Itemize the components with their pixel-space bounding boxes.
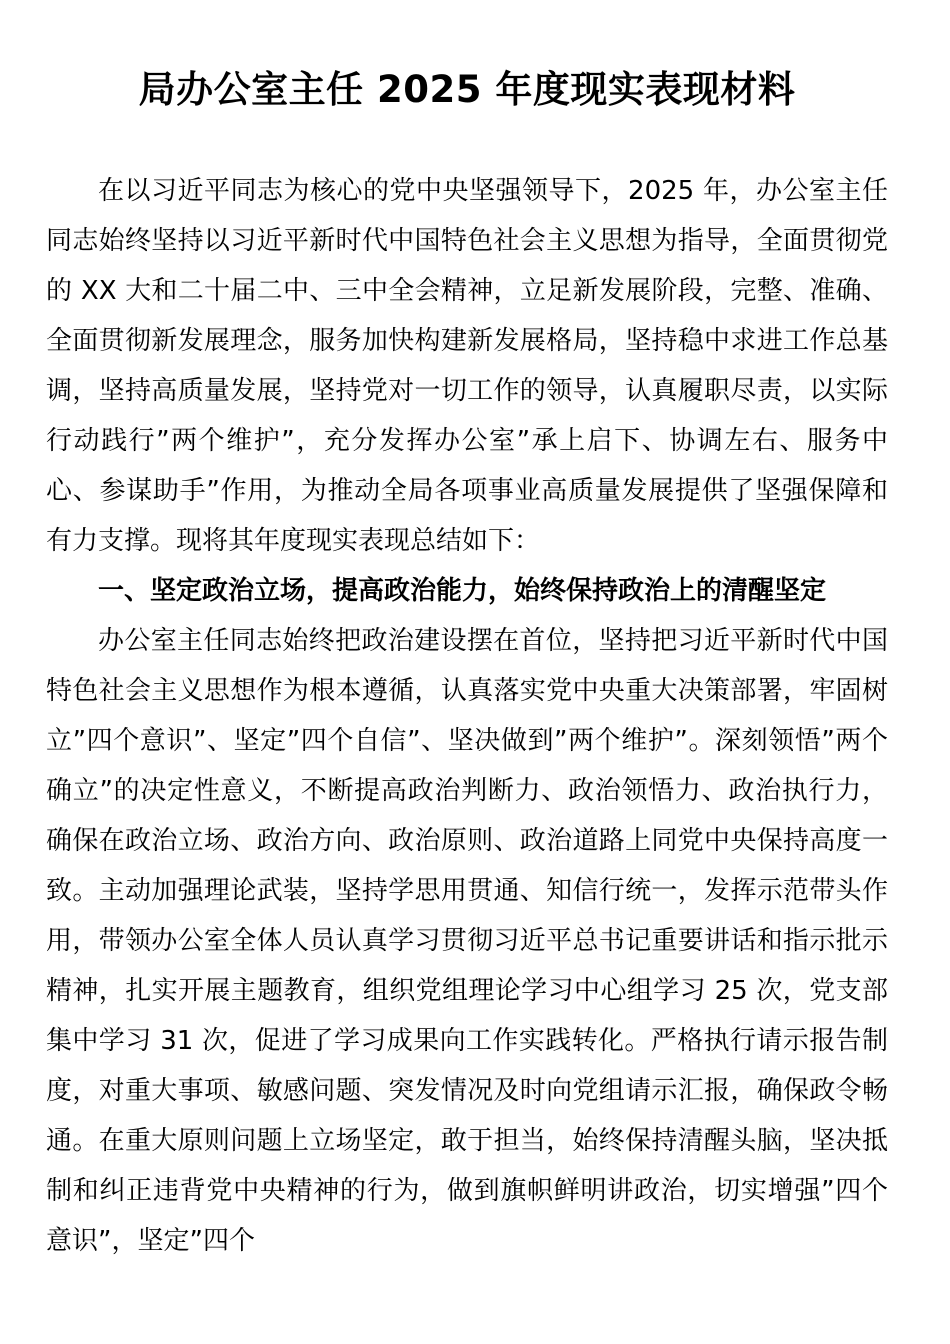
document-page: 局办公室主任 2025 年度现实表现材料 在以习近平同志为核心的党中央坚强领导下…: [0, 0, 950, 1344]
body-paragraph: 在以习近平同志为核心的党中央坚强领导下，2025 年，办公室主任同志始终坚持以习…: [46, 166, 888, 566]
section-heading: 一、坚定政治立场，提高政治能力，始终保持政治上的清醒坚定: [46, 566, 888, 616]
body-paragraph: 办公室主任同志始终把政治建设摆在首位，坚持把习近平新时代中国特色社会主义思想作为…: [46, 616, 888, 1266]
document-body: 在以习近平同志为核心的党中央坚强领导下，2025 年，办公室主任同志始终坚持以习…: [46, 166, 888, 1266]
document-title: 局办公室主任 2025 年度现实表现材料: [46, 62, 888, 118]
